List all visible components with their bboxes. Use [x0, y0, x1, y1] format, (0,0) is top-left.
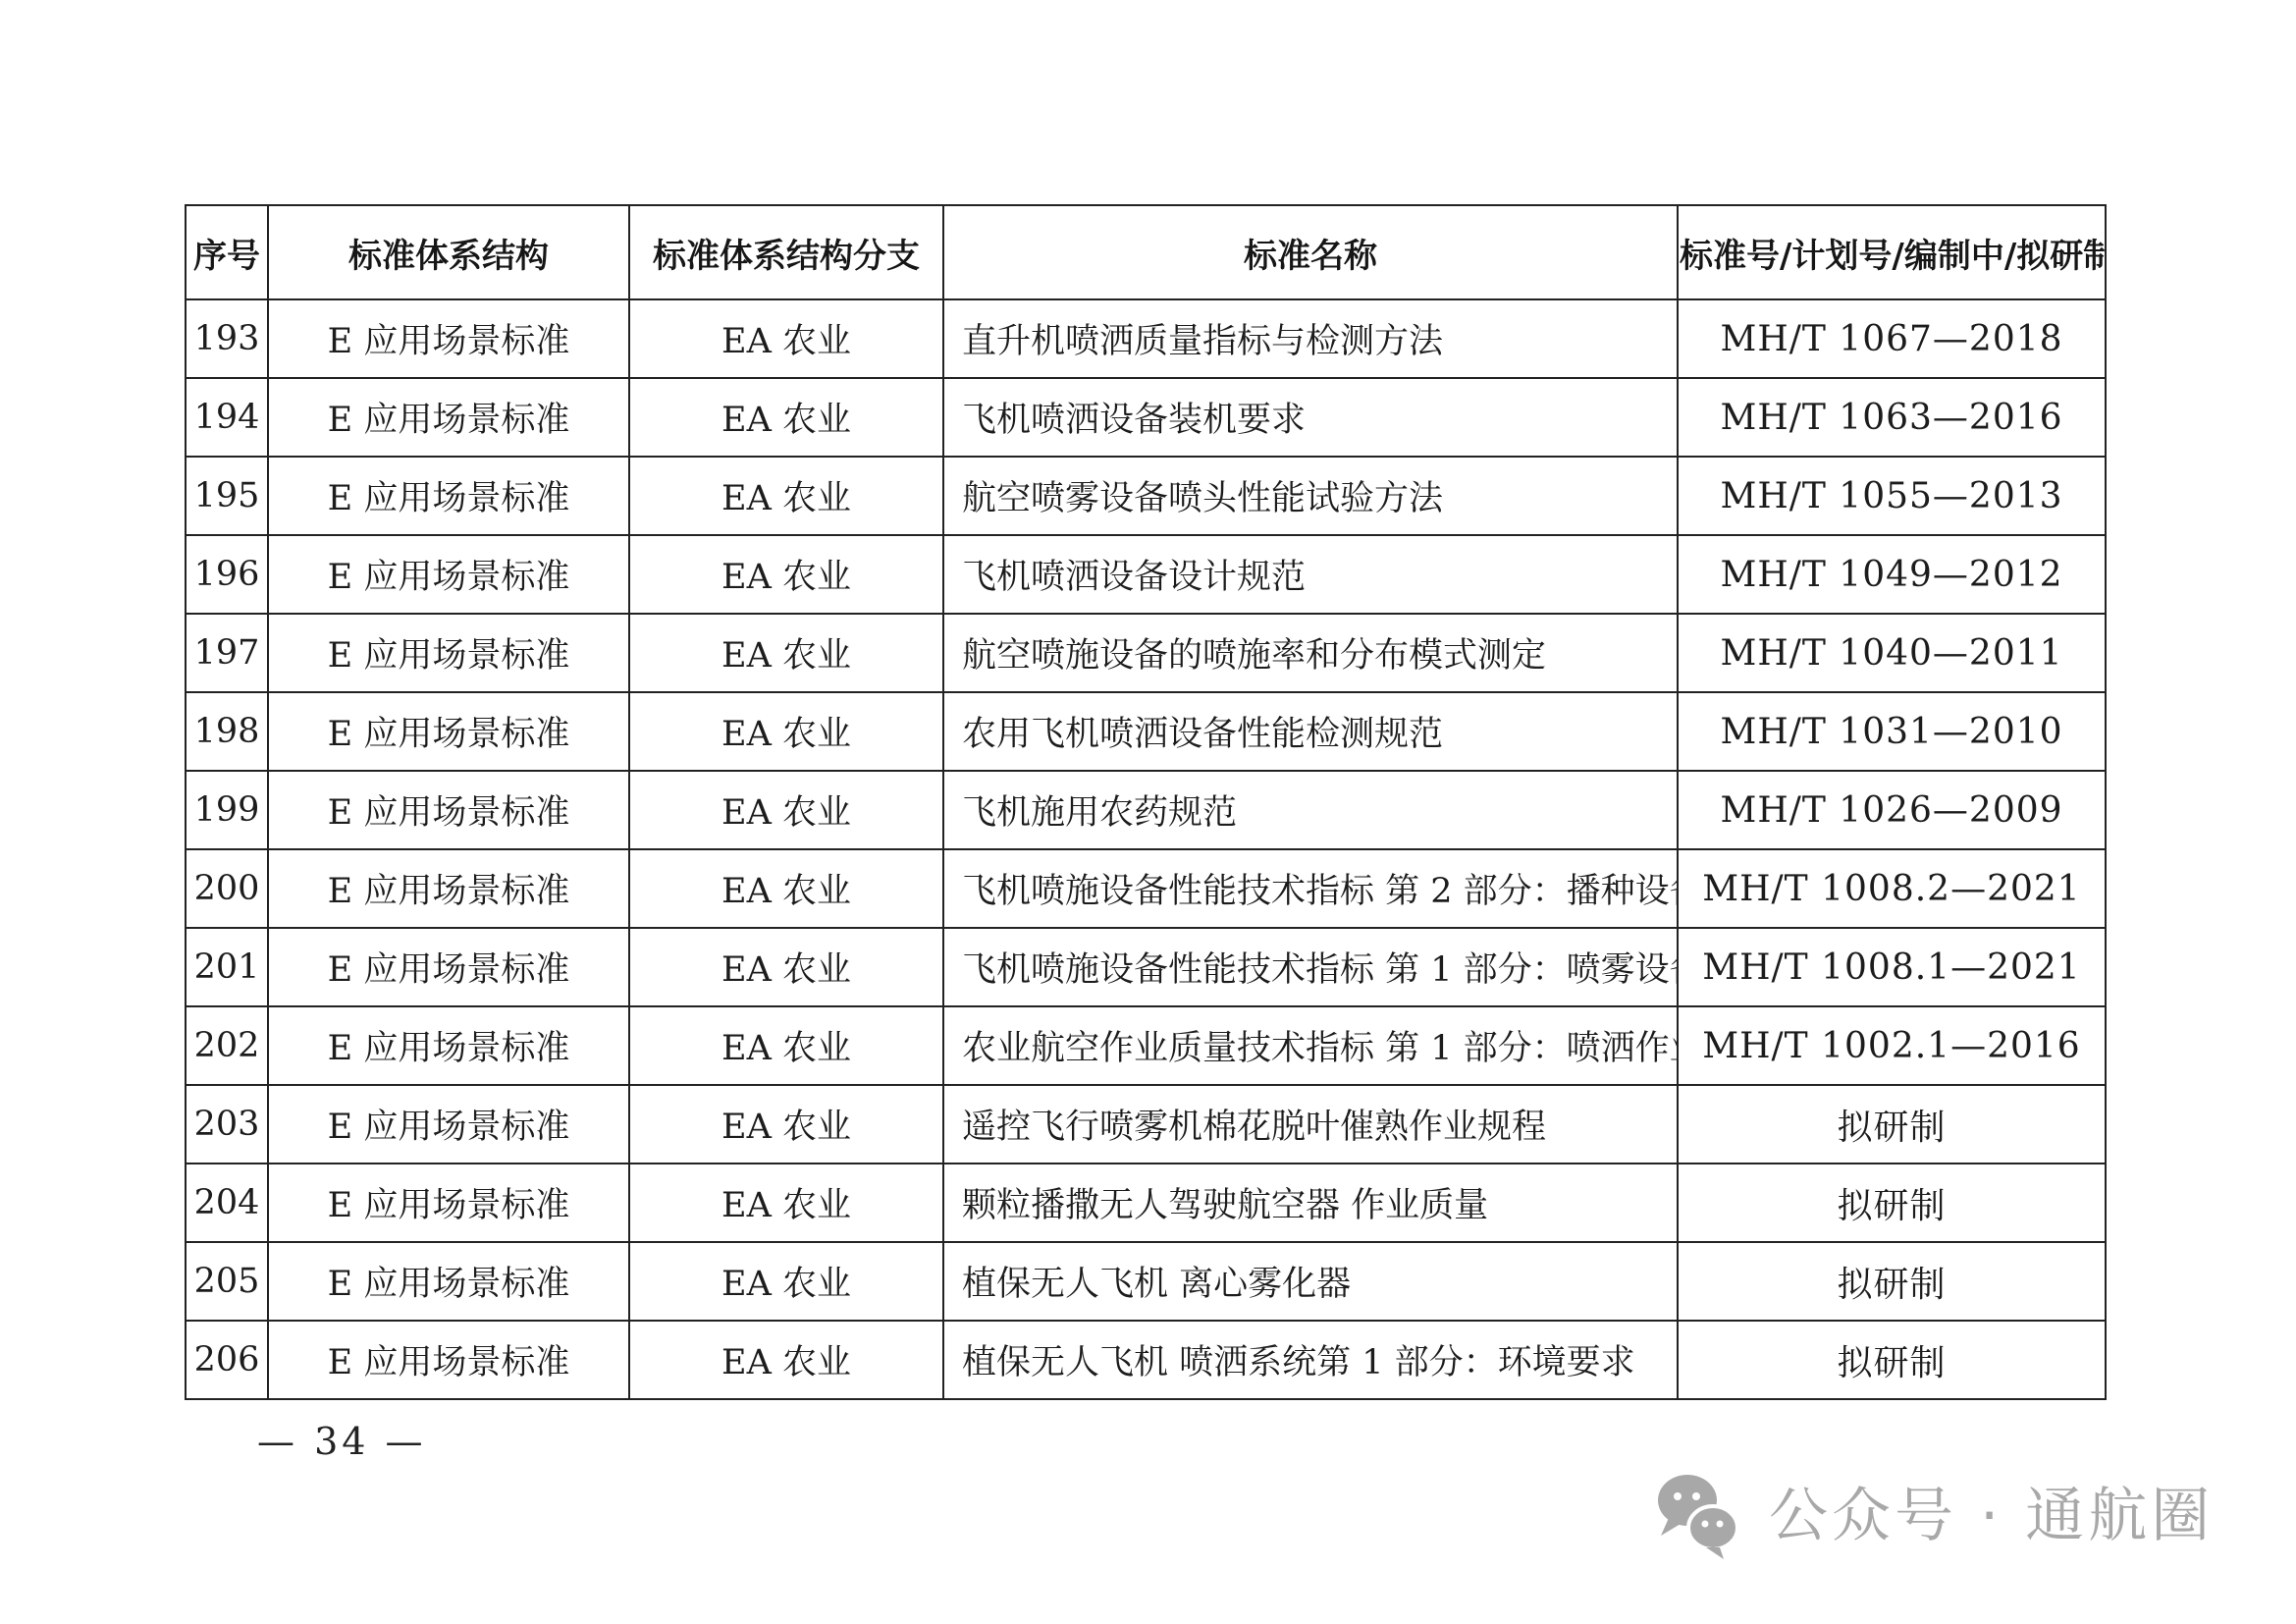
cell-structure: E 应用场景标准: [268, 378, 629, 457]
cell-branch: EA 农业: [629, 928, 943, 1006]
cell-code: MH/T 1049—2012: [1678, 535, 2106, 614]
column-header: 序号: [186, 205, 268, 299]
cell-code: 拟研制: [1678, 1085, 2106, 1164]
table-row: 206E 应用场景标准EA 农业植保无人飞机 喷洒系统第 1 部分：环境要求拟研…: [186, 1321, 2106, 1399]
table-body: 193E 应用场景标准EA 农业直升机喷洒质量指标与检测方法MH/T 1067—…: [186, 299, 2106, 1399]
cell-no: 197: [186, 614, 268, 692]
cell-branch: EA 农业: [629, 1006, 943, 1085]
cell-structure: E 应用场景标准: [268, 1321, 629, 1399]
cell-branch: EA 农业: [629, 378, 943, 457]
cell-code: 拟研制: [1678, 1242, 2106, 1321]
table-row: 194E 应用场景标准EA 农业飞机喷洒设备装机要求MH/T 1063—2016: [186, 378, 2106, 457]
column-header: 标准体系结构: [268, 205, 629, 299]
cell-name: 农业航空作业质量技术指标 第 1 部分：喷洒作业: [943, 1006, 1678, 1085]
cell-structure: E 应用场景标准: [268, 849, 629, 928]
cell-branch: EA 农业: [629, 1242, 943, 1321]
cell-branch: EA 农业: [629, 849, 943, 928]
cell-no: 198: [186, 692, 268, 771]
cell-no: 202: [186, 1006, 268, 1085]
cell-structure: E 应用场景标准: [268, 1085, 629, 1164]
cell-code: 拟研制: [1678, 1321, 2106, 1399]
cell-no: 206: [186, 1321, 268, 1399]
column-header: 标准号/计划号/编制中/拟研制: [1678, 205, 2106, 299]
table-row: 200E 应用场景标准EA 农业飞机喷施设备性能技术指标 第 2 部分：播种设备…: [186, 849, 2106, 928]
table-row: 195E 应用场景标准EA 农业航空喷雾设备喷头性能试验方法MH/T 1055—…: [186, 457, 2106, 535]
cell-code: MH/T 1002.1—2016: [1678, 1006, 2106, 1085]
cell-name: 航空喷施设备的喷施率和分布模式测定: [943, 614, 1678, 692]
cell-name: 飞机喷施设备性能技术指标 第 2 部分：播种设备: [943, 849, 1678, 928]
table-row: 198E 应用场景标准EA 农业农用飞机喷洒设备性能检测规范MH/T 1031—…: [186, 692, 2106, 771]
table-row: 203E 应用场景标准EA 农业遥控飞行喷雾机棉花脱叶催熟作业规程拟研制: [186, 1085, 2106, 1164]
table-row: 196E 应用场景标准EA 农业飞机喷洒设备设计规范MH/T 1049—2012: [186, 535, 2106, 614]
cell-branch: EA 农业: [629, 614, 943, 692]
cell-name: 飞机喷施设备性能技术指标 第 1 部分：喷雾设备: [943, 928, 1678, 1006]
cell-branch: EA 农业: [629, 299, 943, 378]
watermark-text: 公众号 · 通航圈: [1769, 1487, 2214, 1545]
cell-structure: E 应用场景标准: [268, 1164, 629, 1242]
table-row: 197E 应用场景标准EA 农业航空喷施设备的喷施率和分布模式测定MH/T 10…: [186, 614, 2106, 692]
cell-structure: E 应用场景标准: [268, 692, 629, 771]
column-header: 标准体系结构分支: [629, 205, 943, 299]
cell-name: 航空喷雾设备喷头性能试验方法: [943, 457, 1678, 535]
standards-table-container: 序号标准体系结构标准体系结构分支标准名称标准号/计划号/编制中/拟研制 193E…: [185, 204, 2107, 1400]
cell-code: MH/T 1008.2—2021: [1678, 849, 2106, 928]
cell-code: 拟研制: [1678, 1164, 2106, 1242]
table-row: 201E 应用场景标准EA 农业飞机喷施设备性能技术指标 第 1 部分：喷雾设备…: [186, 928, 2106, 1006]
table-row: 204E 应用场景标准EA 农业颗粒播撒无人驾驶航空器 作业质量拟研制: [186, 1164, 2106, 1242]
cell-structure: E 应用场景标准: [268, 1242, 629, 1321]
cell-structure: E 应用场景标准: [268, 928, 629, 1006]
cell-code: MH/T 1031—2010: [1678, 692, 2106, 771]
cell-name: 颗粒播撒无人驾驶航空器 作业质量: [943, 1164, 1678, 1242]
cell-name: 遥控飞行喷雾机棉花脱叶催熟作业规程: [943, 1085, 1678, 1164]
cell-name: 植保无人飞机 离心雾化器: [943, 1242, 1678, 1321]
cell-name: 飞机喷洒设备设计规范: [943, 535, 1678, 614]
cell-structure: E 应用场景标准: [268, 535, 629, 614]
standards-table: 序号标准体系结构标准体系结构分支标准名称标准号/计划号/编制中/拟研制 193E…: [185, 204, 2107, 1400]
page-number: — 34 —: [257, 1420, 427, 1463]
cell-code: MH/T 1008.1—2021: [1678, 928, 2106, 1006]
table-row: 193E 应用场景标准EA 农业直升机喷洒质量指标与检测方法MH/T 1067—…: [186, 299, 2106, 378]
cell-branch: EA 农业: [629, 771, 943, 849]
watermark: 公众号 · 通航圈: [1651, 1471, 2214, 1561]
cell-code: MH/T 1040—2011: [1678, 614, 2106, 692]
cell-no: 194: [186, 378, 268, 457]
cell-no: 205: [186, 1242, 268, 1321]
cell-branch: EA 农业: [629, 1321, 943, 1399]
table-row: 199E 应用场景标准EA 农业飞机施用农药规范MH/T 1026—2009: [186, 771, 2106, 849]
cell-no: 199: [186, 771, 268, 849]
cell-name: 飞机喷洒设备装机要求: [943, 378, 1678, 457]
cell-no: 203: [186, 1085, 268, 1164]
table-row: 202E 应用场景标准EA 农业农业航空作业质量技术指标 第 1 部分：喷洒作业…: [186, 1006, 2106, 1085]
cell-branch: EA 农业: [629, 457, 943, 535]
cell-no: 196: [186, 535, 268, 614]
table-header-row: 序号标准体系结构标准体系结构分支标准名称标准号/计划号/编制中/拟研制: [186, 205, 2106, 299]
cell-code: MH/T 1055—2013: [1678, 457, 2106, 535]
wechat-icon: [1651, 1471, 1749, 1561]
cell-no: 193: [186, 299, 268, 378]
cell-no: 201: [186, 928, 268, 1006]
cell-name: 飞机施用农药规范: [943, 771, 1678, 849]
column-header: 标准名称: [943, 205, 1678, 299]
cell-branch: EA 农业: [629, 1164, 943, 1242]
cell-code: MH/T 1067—2018: [1678, 299, 2106, 378]
cell-name: 直升机喷洒质量指标与检测方法: [943, 299, 1678, 378]
cell-branch: EA 农业: [629, 692, 943, 771]
cell-structure: E 应用场景标准: [268, 771, 629, 849]
cell-no: 195: [186, 457, 268, 535]
cell-code: MH/T 1063—2016: [1678, 378, 2106, 457]
table-row: 205E 应用场景标准EA 农业植保无人飞机 离心雾化器拟研制: [186, 1242, 2106, 1321]
cell-structure: E 应用场景标准: [268, 299, 629, 378]
cell-name: 农用飞机喷洒设备性能检测规范: [943, 692, 1678, 771]
cell-structure: E 应用场景标准: [268, 614, 629, 692]
cell-structure: E 应用场景标准: [268, 1006, 629, 1085]
cell-branch: EA 农业: [629, 535, 943, 614]
cell-code: MH/T 1026—2009: [1678, 771, 2106, 849]
cell-branch: EA 农业: [629, 1085, 943, 1164]
cell-no: 200: [186, 849, 268, 928]
cell-structure: E 应用场景标准: [268, 457, 629, 535]
cell-name: 植保无人飞机 喷洒系统第 1 部分：环境要求: [943, 1321, 1678, 1399]
cell-no: 204: [186, 1164, 268, 1242]
